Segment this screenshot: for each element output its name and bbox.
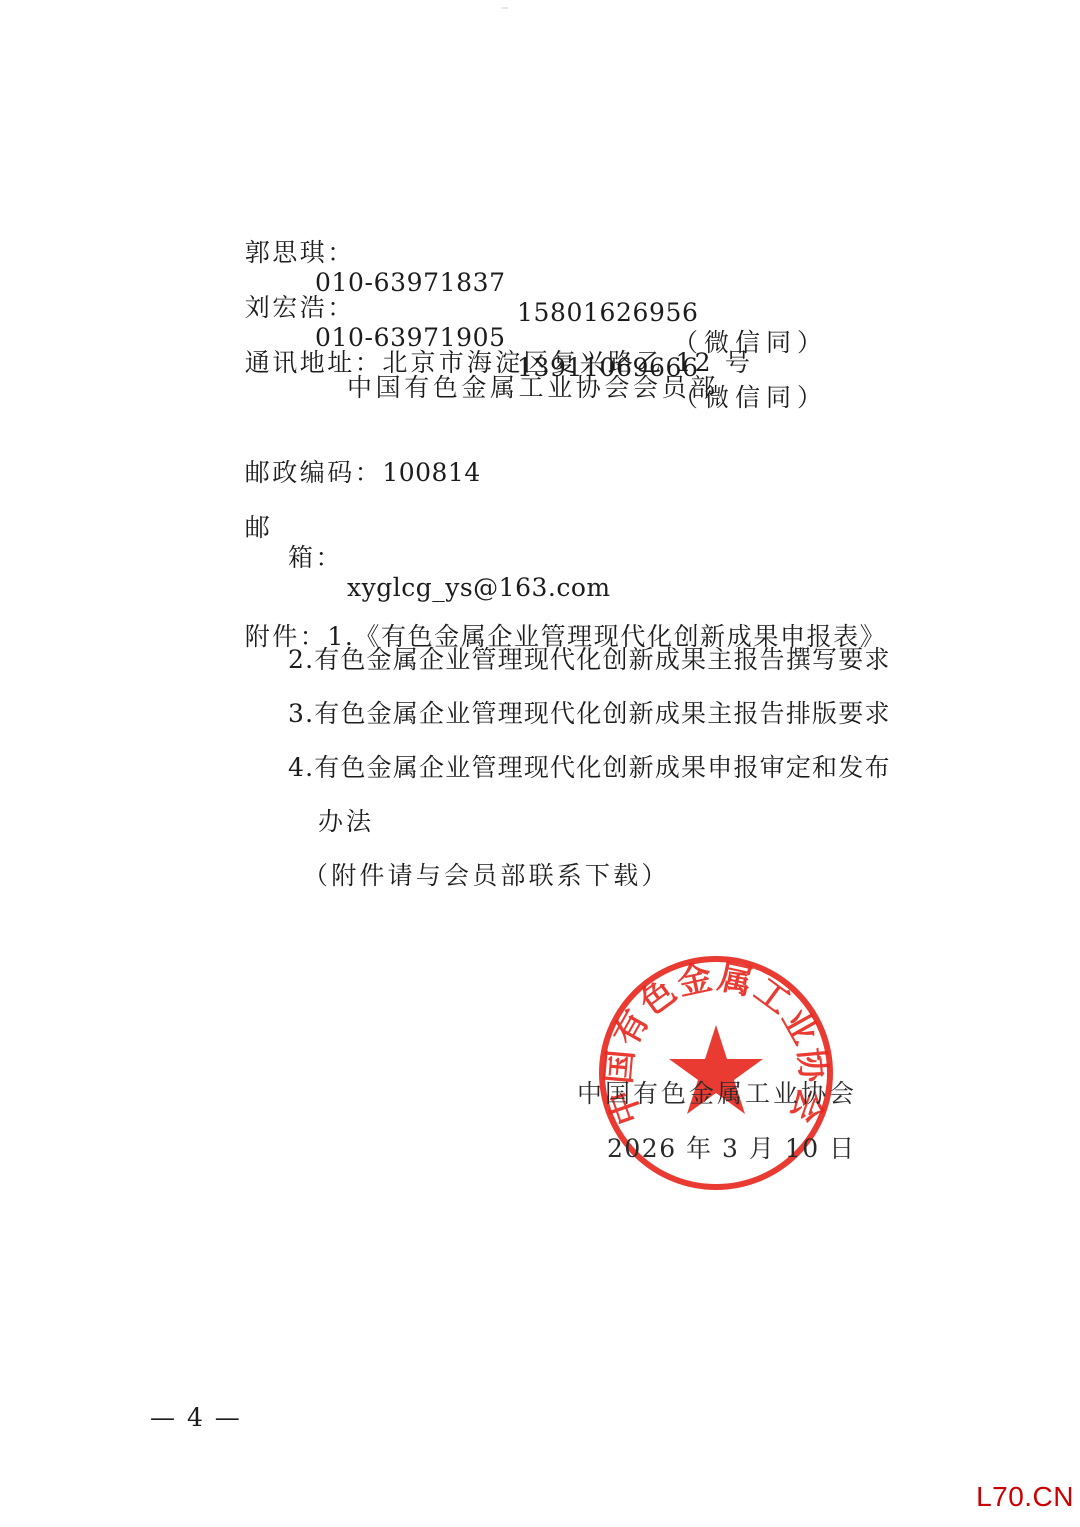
attachment-item: 4.有色金属企业管理现代化创新成果申报审定和发布 (288, 753, 891, 783)
signature-organization: 中国有色金属工业协会 (577, 1074, 857, 1110)
scan-speck (502, 7, 508, 9)
attachment-item: 3.有色金属企业管理现代化创新成果主报告排版要求 (288, 699, 891, 729)
email-label-char: 箱： (288, 543, 343, 573)
page-number: — 4 — (150, 1403, 242, 1432)
address-line-2: 中国有色金属工业协会会员部 (347, 373, 719, 403)
postcode-value: 100814 (382, 458, 480, 487)
document-page: 郭思琪： 010-63971837 15801626956 （微信同） 刘宏浩：… (0, 0, 1080, 1527)
email-label-char: 邮 (245, 513, 273, 542)
attachments-note: （附件请与会员部联系下载） (303, 861, 670, 891)
watermark: L70.CN (976, 1481, 1074, 1513)
signature-date: 2026 年 3 月 10 日 (607, 1129, 856, 1165)
attachment-item-continued: 办法 (318, 807, 374, 837)
attachment-item: 2.有色金属企业管理现代化创新成果主报告撰写要求 (288, 645, 891, 675)
